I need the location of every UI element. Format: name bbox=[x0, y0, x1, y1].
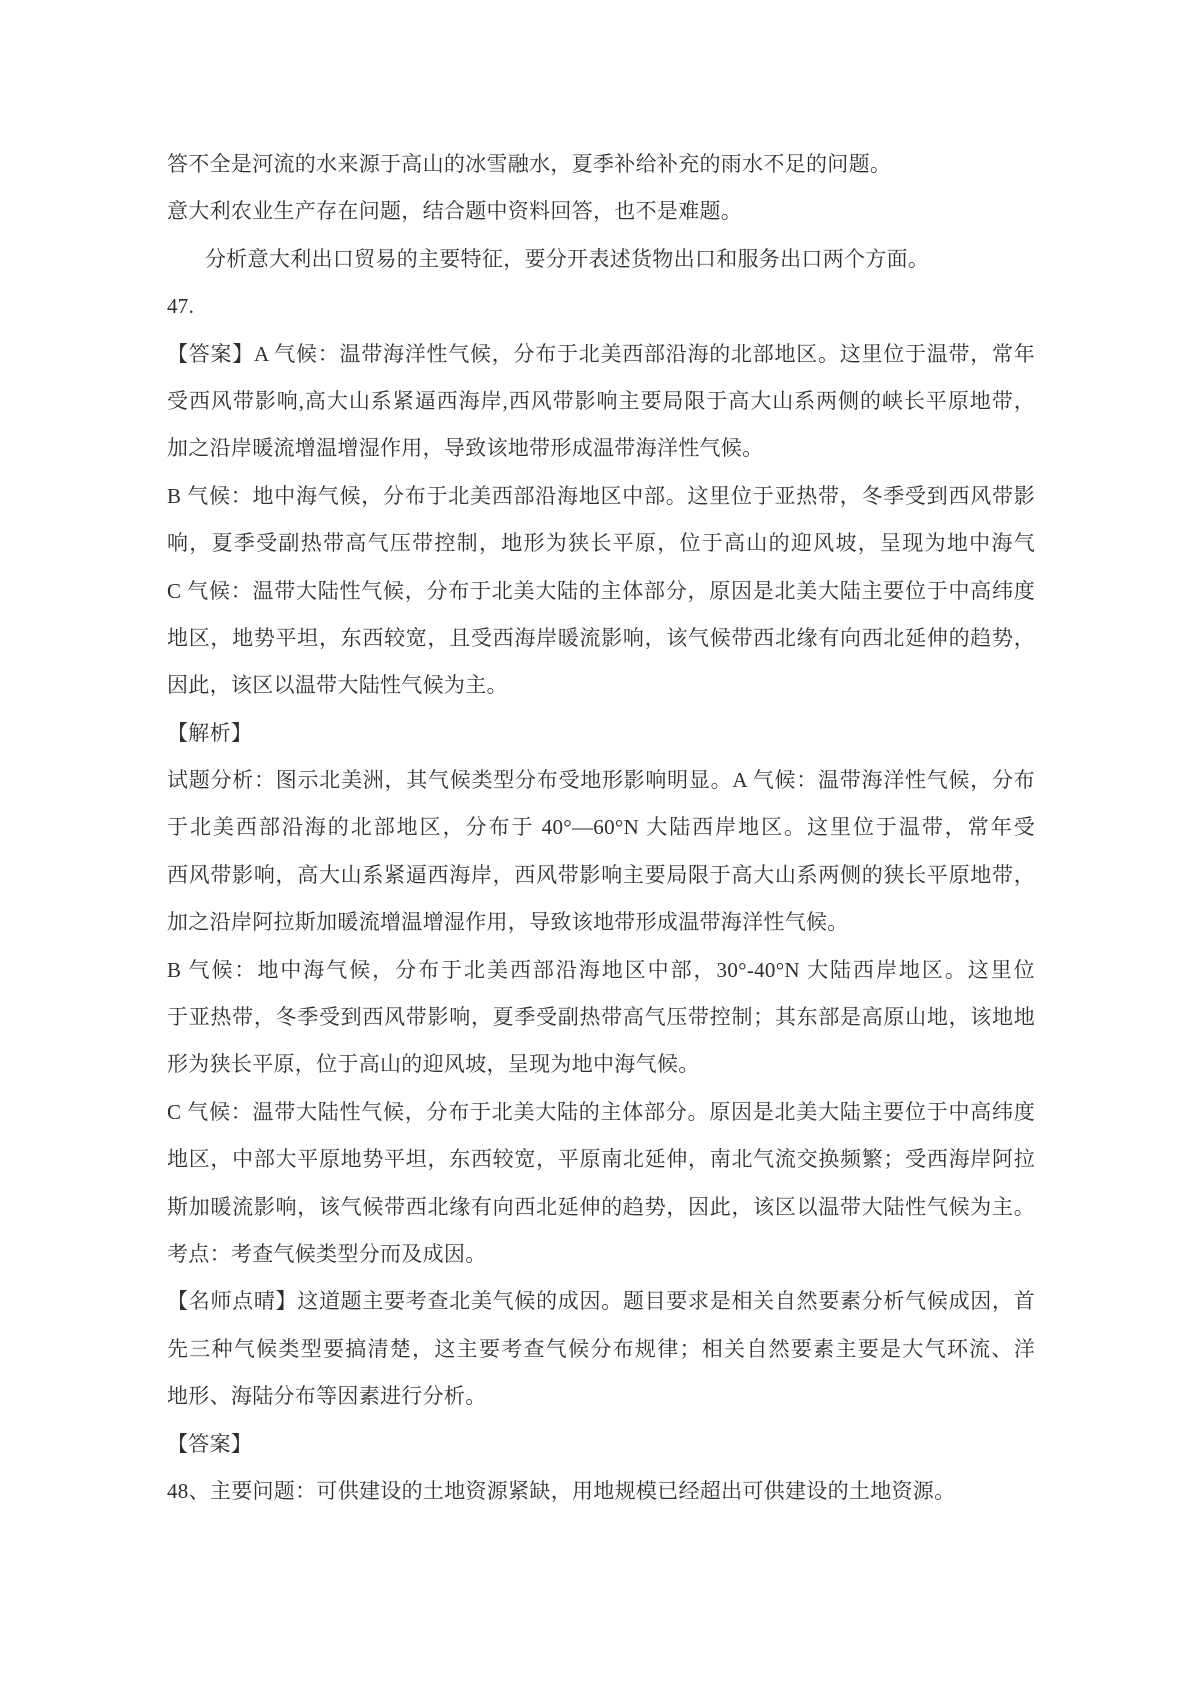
text-line: 地形、海陆分布等因素进行分析。 bbox=[167, 1373, 1035, 1420]
text-line: 48、主要问题：可供建设的土地资源紧缺，用地规模已经超出可供建设的土地资源。 bbox=[167, 1468, 1035, 1515]
text-line: 分析意大利出口贸易的主要特征，要分开表述货物出口和服务出口两个方面。 bbox=[167, 236, 1035, 283]
text-line: 响，夏季受副热带高气压带控制，地形为狭长平原，位于高山的迎风坡，呈现为地中海气候… bbox=[167, 520, 1035, 567]
document-body: 答不全是河流的水来源于高山的冰雪融水，夏季补给补充的雨水不足的问题。意大利农业生… bbox=[167, 141, 1035, 1515]
text-line: 地区，中部大平原地势平坦，东西较宽，平原南北延伸，南北气流交换频繁；受西海岸阿拉 bbox=[167, 1136, 1035, 1183]
text-line: 因此，该区以温带大陆性气候为主。 bbox=[167, 662, 1035, 709]
text-line: C 气候：温带大陆性气候，分布于北美大陆的主体部分，原因是北美大陆主要位于中高纬… bbox=[167, 568, 1035, 615]
text-line: 于北美西部沿海的北部地区，分布于 40°—60°N 大陆西岸地区。这里位于温带，… bbox=[167, 804, 1035, 851]
text-line: 先三种气候类型要搞清楚，这主要考查气候分布规律；相关自然要素主要是大气环流、洋流… bbox=[167, 1326, 1035, 1373]
text-line: 加之沿岸阿拉斯加暖流增温增湿作用，导致该地带形成温带海洋性气候。 bbox=[167, 899, 1035, 946]
text-line: 考点：考查气候类型分而及成因。 bbox=[167, 1231, 1035, 1278]
text-line: 意大利农业生产存在问题，结合题中资料回答，也不是难题。 bbox=[167, 188, 1035, 235]
text-line: 于亚热带，冬季受到西风带影响，夏季受副热带高气压带控制；其东部是高原山地，该地地 bbox=[167, 994, 1035, 1041]
text-line: C 气候：温带大陆性气候，分布于北美大陆的主体部分。原因是北美大陆主要位于中高纬… bbox=[167, 1089, 1035, 1136]
text-line: 47. bbox=[167, 283, 1035, 330]
text-line: B 气候：地中海气候，分布于北美西部沿海地区中部，30°-40°N 大陆西岸地区… bbox=[167, 947, 1035, 994]
text-line: 【答案】A 气候：温带海洋性气候，分布于北美西部沿海的北部地区。这里位于温带，常… bbox=[167, 331, 1035, 378]
text-line: 【答案】 bbox=[167, 1421, 1035, 1468]
text-line: 受西风带影响,高大山系紧逼西海岸,西风带影响主要局限于高大山系两侧的峡长平原地带… bbox=[167, 378, 1035, 425]
text-line: 【解析】 bbox=[167, 710, 1035, 757]
text-line: B 气候：地中海气候，分布于北美西部沿海地区中部。这里位于亚热带，冬季受到西风带… bbox=[167, 473, 1035, 520]
text-line: 答不全是河流的水来源于高山的冰雪融水，夏季补给补充的雨水不足的问题。 bbox=[167, 141, 1035, 188]
document-page: 答不全是河流的水来源于高山的冰雪融水，夏季补给补充的雨水不足的问题。意大利农业生… bbox=[0, 0, 1200, 1698]
text-line: 加之沿岸暖流增温增湿作用，导致该地带形成温带海洋性气候。 bbox=[167, 425, 1035, 472]
text-line: 斯加暖流影响，该气候带西北缘有向西北延伸的趋势，因此，该区以温带大陆性气候为主。 bbox=[167, 1184, 1035, 1231]
text-line: 形为狭长平原，位于高山的迎风坡，呈现为地中海气候。 bbox=[167, 1041, 1035, 1088]
text-line: 【名师点晴】这道题主要考查北美气候的成因。题目要求是相关自然要素分析气候成因，首 bbox=[167, 1278, 1035, 1325]
text-line: 地区，地势平坦，东西较宽，且受西海岸暖流影响，该气候带西北缘有向西北延伸的趋势， bbox=[167, 615, 1035, 662]
text-line: 试题分析：图示北美洲，其气候类型分布受地形影响明显。A 气候：温带海洋性气候，分… bbox=[167, 757, 1035, 804]
text-line: 西风带影响，高大山系紧逼西海岸，西风带影响主要局限于高大山系两侧的狭长平原地带， bbox=[167, 852, 1035, 899]
